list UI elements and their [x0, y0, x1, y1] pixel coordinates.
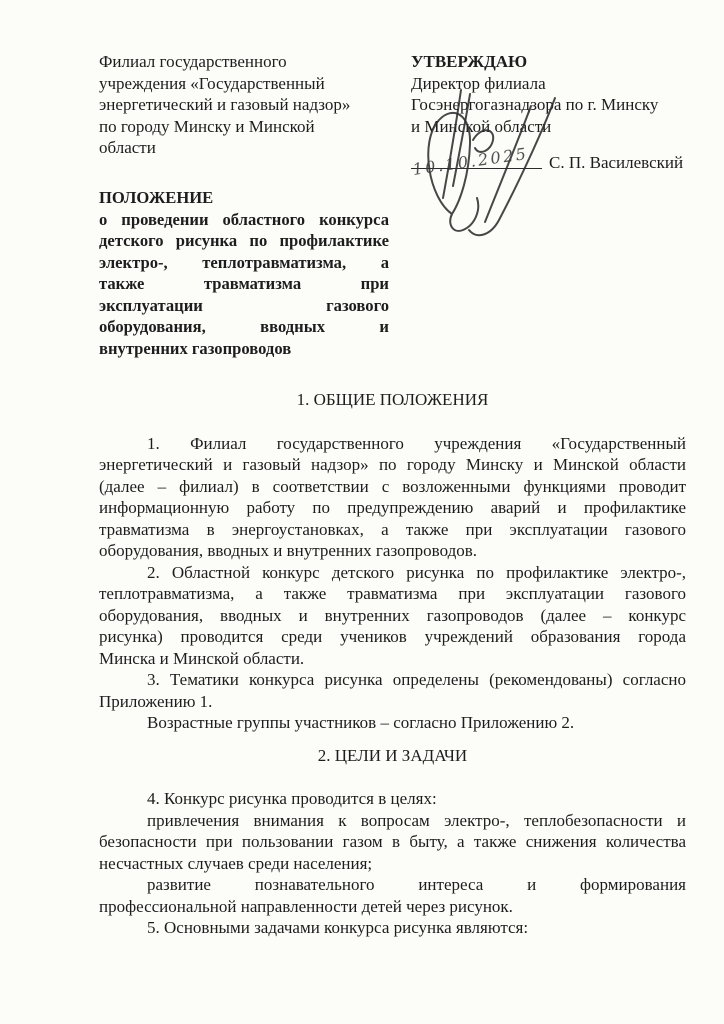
text-line: Приложению 1.	[99, 691, 686, 713]
text-line: 1. Филиал государственного учреждения «Г…	[99, 433, 686, 455]
paragraph-1: 1. Филиал государственного учреждения «Г…	[99, 433, 686, 562]
text-line: Минска и Минской области.	[99, 648, 686, 670]
text-line: развитие познавательного интереса и форм…	[99, 874, 686, 896]
text-line: 5. Основными задачами конкурса рисунка я…	[99, 917, 686, 939]
text-line: области	[99, 137, 391, 159]
paragraph-goal-development: развитие познавательного интереса и форм…	[99, 874, 686, 917]
text-line: по городу Минску и Минской	[99, 116, 391, 138]
text-line: ПОЛОЖЕНИЕ	[99, 187, 389, 209]
text-line: (далее – филиал) в соответствии с возлож…	[99, 476, 686, 498]
paragraph-5: 5. Основными задачами конкурса рисунка я…	[99, 917, 686, 939]
text-line: также травматизма при	[99, 273, 389, 295]
issuer-block: Филиал государственногоучреждения «Госуд…	[99, 51, 391, 159]
text-line: оборудования, вводных и внутренних газоп…	[99, 605, 686, 627]
text-line: Филиал государственного	[99, 51, 391, 73]
text-line: оборудования, вводных и внутренних газоп…	[99, 540, 686, 562]
approval-label: УТВЕРЖДАЮ	[411, 51, 696, 73]
paragraph-3: 3. Тематики конкурса рисунка определены …	[99, 669, 686, 712]
section-heading-goals: 2. ЦЕЛИ И ЗАДАЧИ	[99, 745, 686, 767]
document-page: Филиал государственногоучреждения «Госуд…	[0, 0, 724, 1024]
text-line: информационную работу по предупреждению …	[99, 497, 686, 519]
text-line: энергетический и газовый надзор» по горо…	[99, 454, 686, 476]
paragraph-4: 4. Конкурс рисунка проводится в целях:	[99, 788, 686, 810]
signature-autograph-icon: 10.10.2025	[403, 78, 583, 248]
text-line: оборудования, вводных и	[99, 316, 389, 338]
text-line: детского рисунка по профилактике	[99, 230, 389, 252]
document-title: ПОЛОЖЕНИЕо проведении областного конкурс…	[99, 187, 389, 359]
text-line: 4. Конкурс рисунка проводится в целях:	[99, 788, 686, 810]
text-line: безопасности при пользовании газом в быт…	[99, 831, 686, 853]
text-line: электро-, теплотравматизма, а	[99, 252, 389, 274]
text-line: рисунка) проводится среди учеников учреж…	[99, 626, 686, 648]
text-line: 2. Областной конкурс детского рисунка по…	[99, 562, 686, 584]
paragraph-2: 2. Областной конкурс детского рисунка по…	[99, 562, 686, 670]
text-line: учреждения «Государственный	[99, 73, 391, 95]
text-line: теплотравматизма, а также травматизма пр…	[99, 583, 686, 605]
text-line: эксплуатации газового	[99, 295, 389, 317]
text-line: несчастных случаев среди населения;	[99, 853, 686, 875]
text-line: энергетический и газовый надзор»	[99, 94, 391, 116]
signature-stroke	[443, 90, 461, 198]
text-line: травматизма в энергоустановках, а также …	[99, 519, 686, 541]
text-line: внутренних газопроводов	[99, 338, 389, 360]
text-line: привлечения внимания к вопросам электро-…	[99, 810, 686, 832]
paragraph-goal-attention: привлечения внимания к вопросам электро-…	[99, 810, 686, 875]
text-line: 3. Тематики конкурса рисунка определены …	[99, 669, 686, 691]
text-line: о проведении областного конкурса	[99, 209, 389, 231]
section-heading-general: 1. ОБЩИЕ ПОЛОЖЕНИЯ	[99, 389, 686, 411]
text-line: Возрастные группы участников – согласно …	[99, 712, 686, 734]
text-line: профессиональной направленности детей че…	[99, 896, 686, 918]
paragraph-age-groups: Возрастные группы участников – согласно …	[99, 712, 686, 734]
document-body: 1. ОБЩИЕ ПОЛОЖЕНИЯ 1. Филиал государстве…	[99, 389, 686, 939]
